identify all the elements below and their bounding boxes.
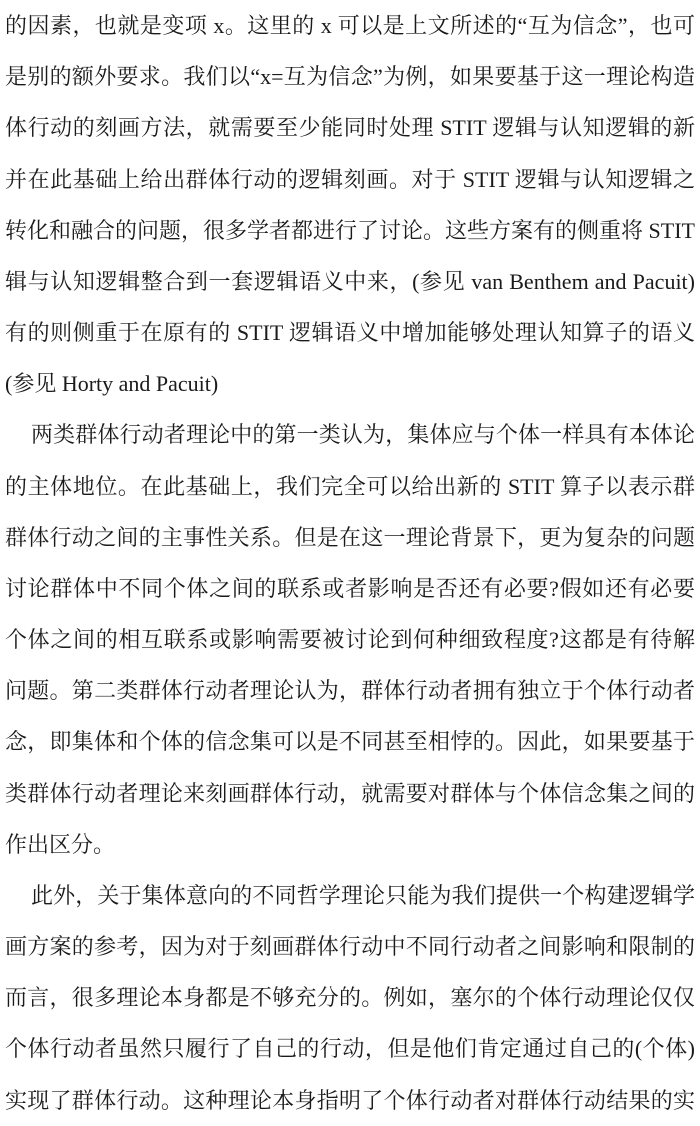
text-line-paragraph-start: 两类群体行动者理论中的第一类认为，集体应与个体一样具有本体论上 bbox=[5, 409, 695, 460]
text-line-paragraph-end: (参见 Horty and Pacuit) bbox=[5, 358, 695, 409]
text-line: 个体之间的相互联系或影响需要被讨论到何种细致程度?这都是有待解决的 bbox=[5, 614, 695, 665]
text-line: 念，即集体和个体的信念集可以是不同甚至相悖的。因此，如果要基于第二 bbox=[5, 716, 695, 767]
text-line: 的主体地位。在此基础上，我们完全可以给出新的 STIT 算子以表示群体与 bbox=[5, 461, 695, 512]
document-page: 的因素，也就是变项 x。这里的 x 可以是上文所述的“互为信念”，也可以 是别的… bbox=[0, 0, 700, 1126]
text-line: 而言，很多理论本身都是不够充分的。例如，塞尔的个体行动理论仅仅指出， bbox=[5, 972, 695, 1023]
text-line: 群体行动之间的主事性关系。但是在这一理论背景下，更为复杂的问题在于， bbox=[5, 512, 695, 563]
text-line: 体行动的刻画方法，就需要至少能同时处理 STIT 逻辑与认知逻辑的新系统， bbox=[5, 102, 695, 153]
text-line: 的因素，也就是变项 x。这里的 x 可以是上文所述的“互为信念”，也可以 bbox=[5, 0, 695, 51]
document-page-body: { "page": { "background_color": "#ffffff… bbox=[0, 0, 700, 1126]
text-line: 辑与认知逻辑整合到一套逻辑语义中来，(参见 van Benthem and Pa… bbox=[5, 256, 695, 307]
text-line-paragraph-start: 此外，关于集体意向的不同哲学理论只能为我们提供一个构建逻辑学刻 bbox=[5, 870, 695, 921]
text-line: 个体行动者虽然只履行了自己的行动，但是他们肯定通过自己的(个体)行动 bbox=[5, 1023, 695, 1074]
text-line: 讨论群体中不同个体之间的联系或者影响是否还有必要?假如还有必要的话， bbox=[5, 563, 695, 614]
text-line: 有的则侧重于在原有的 STIT 逻辑语义中增加能够处理认知算子的语义参数。 bbox=[5, 307, 695, 358]
text-line: 问题。第二类群体行动者理论认为，群体行动者拥有独立于个体行动者的信 bbox=[5, 665, 695, 716]
text-line: 并在此基础上给出群体行动的逻辑刻画。对于 STIT 逻辑与认知逻辑之间的 bbox=[5, 154, 695, 205]
text-line: 是别的额外要求。我们以“x=互为信念”为例，如果要基于这一理论构造群 bbox=[5, 51, 695, 102]
text-line-paragraph-end: 作出区分。 bbox=[5, 819, 695, 870]
text-line: 类群体行动者理论来刻画群体行动，就需要对群体与个体信念集之间的不同 bbox=[5, 768, 695, 819]
text-line: 画方案的参考，因为对于刻画群体行动中不同行动者之间影响和限制的目的 bbox=[5, 921, 695, 972]
text-line: 转化和融合的问题，很多学者都进行了讨论。这些方案有的侧重将 STIT 逻 bbox=[5, 205, 695, 256]
text-line: 实现了群体行动。这种理论本身指明了个体行动者对群体行动结果的实现是 bbox=[5, 1075, 695, 1126]
